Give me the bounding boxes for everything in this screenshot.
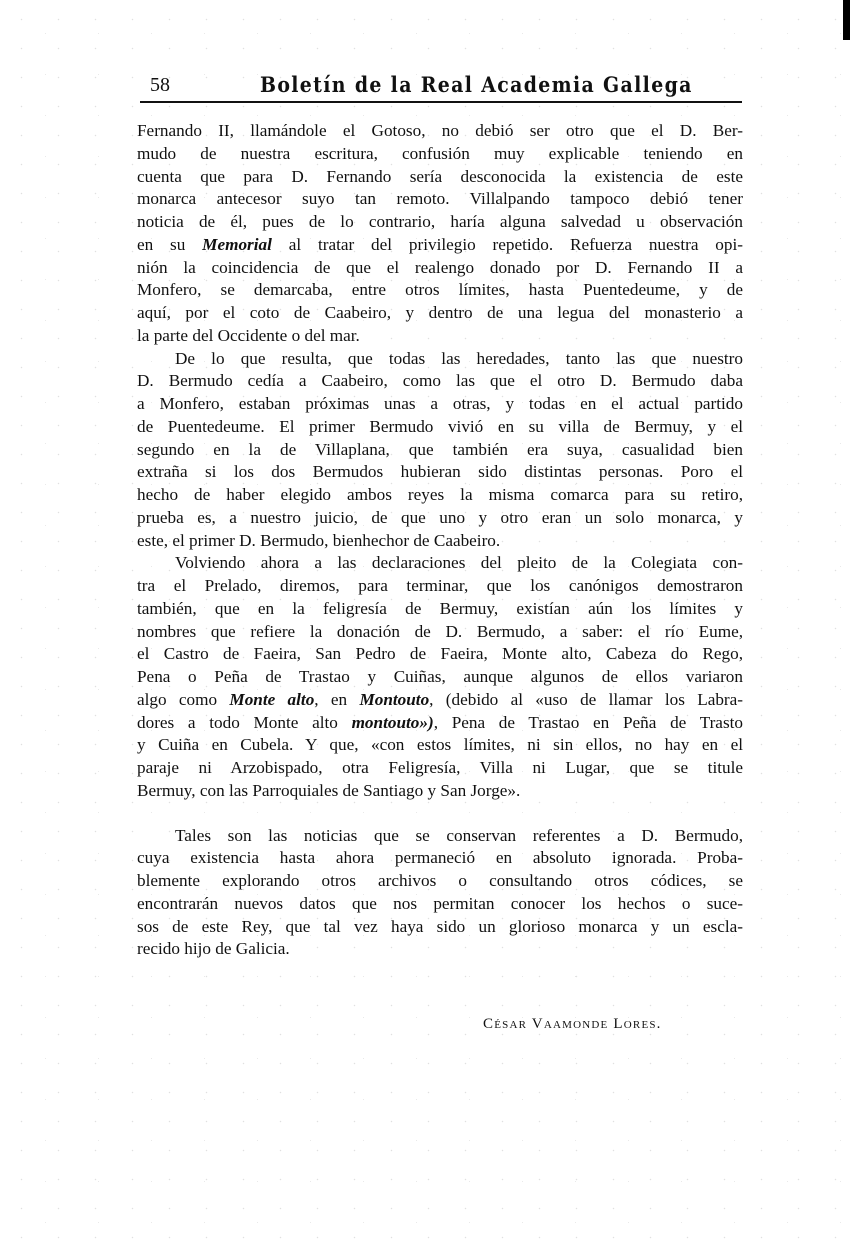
text-line: noticia de él, pues de lo contrario, har… [137,211,743,234]
text-line: en su Memorial al tratar del privilegio … [137,234,743,257]
text-line: sos de este Rey, que tal vez haya sido u… [137,916,743,939]
text-line: paraje ni Arzobispado, otra Feligresía, … [137,757,743,780]
header-rule [140,101,742,103]
paragraph: Fernando II, llamándole el Gotoso, no de… [137,120,743,348]
text-line: mudo de nuestra escritura, confusión muy… [137,143,743,166]
text-line: tra el Prelado, diremos, para terminar, … [137,575,743,598]
text-line: este, el primer D. Bermudo, bienhechor d… [137,530,743,553]
text-line: Bermuy, con las Parroquiales de Santiago… [137,780,743,803]
italic-term: Memorial [202,235,272,254]
running-title: Boletín de la Real Academia Gallega [260,72,693,97]
author-signature: César Vaamonde Lores. [483,1016,662,1033]
text-line: hecho de haber elegido ambos reyes la mi… [137,484,743,507]
text-line: nión la coincidencia de que el realengo … [137,257,743,280]
text-line: aquí, por el coto de Caabeiro, y dentro … [137,302,743,325]
text-line: Fernando II, llamándole el Gotoso, no de… [137,120,743,143]
text-line: nombres que refiere la donación de D. Be… [137,621,743,644]
text-line: Volviendo ahora a las declaraciones del … [137,552,743,575]
text-line: Pena o Peña de Trastao y Cuiñas, aunque … [137,666,743,689]
text-line: dores a todo Monte alto montouto»), Pena… [137,712,743,735]
text-line: blemente explorando otros archivos o con… [137,870,743,893]
paragraph-gap [137,803,743,825]
page-header: 58 Boletín de la Real Academia Gallega [150,72,742,100]
text-line: Tales son las noticias que se conservan … [137,825,743,848]
article-body: Fernando II, llamándole el Gotoso, no de… [137,120,743,961]
text-line: Monfero, se demarcaba, entre otros límit… [137,279,743,302]
page-number: 58 [150,74,170,97]
text-line: segundo en la de Villaplana, que también… [137,439,743,462]
text-line: cuya existencia hasta ahora permaneció e… [137,847,743,870]
text-line: cuenta que para D. Fernando sería descon… [137,166,743,189]
text-line: prueba es, a nuestro juicio, de que uno … [137,507,743,530]
text-line: a Monfero, estaban próximas unas a otras… [137,393,743,416]
italic-term: Monte alto [229,690,314,709]
text-line: la parte del Occidente o del mar. [137,325,743,348]
text-line: también, que en la feligresía de Bermuy,… [137,598,743,621]
text-line: algo como Monte alto, en Montouto, (debi… [137,689,743,712]
scan-edge-mark [843,0,850,40]
italic-term: montouto») [352,713,434,732]
paragraph: Volviendo ahora a las declaraciones del … [137,552,743,802]
italic-term: Montouto [359,690,429,709]
text-line: encontrarán nuevos datos que nos permita… [137,893,743,916]
text-line: de Puentedeume. El primer Bermudo vivió … [137,416,743,439]
text-line: recido hijo de Galicia. [137,938,743,961]
text-line: el Castro de Faeira, San Pedro de Faeira… [137,643,743,666]
text-line: extraña si los dos Bermudos hubieran sid… [137,461,743,484]
paragraph: Tales son las noticias que se conservan … [137,825,743,962]
paragraph: De lo que resulta, que todas las heredad… [137,348,743,553]
text-line: monarca antecesor suyo tan remoto. Villa… [137,188,743,211]
text-line: De lo que resulta, que todas las heredad… [137,348,743,371]
text-line: y Cuiña en Cubela. Y que, «con estos lím… [137,734,743,757]
text-line: D. Bermudo cedía a Caabeiro, como las qu… [137,370,743,393]
